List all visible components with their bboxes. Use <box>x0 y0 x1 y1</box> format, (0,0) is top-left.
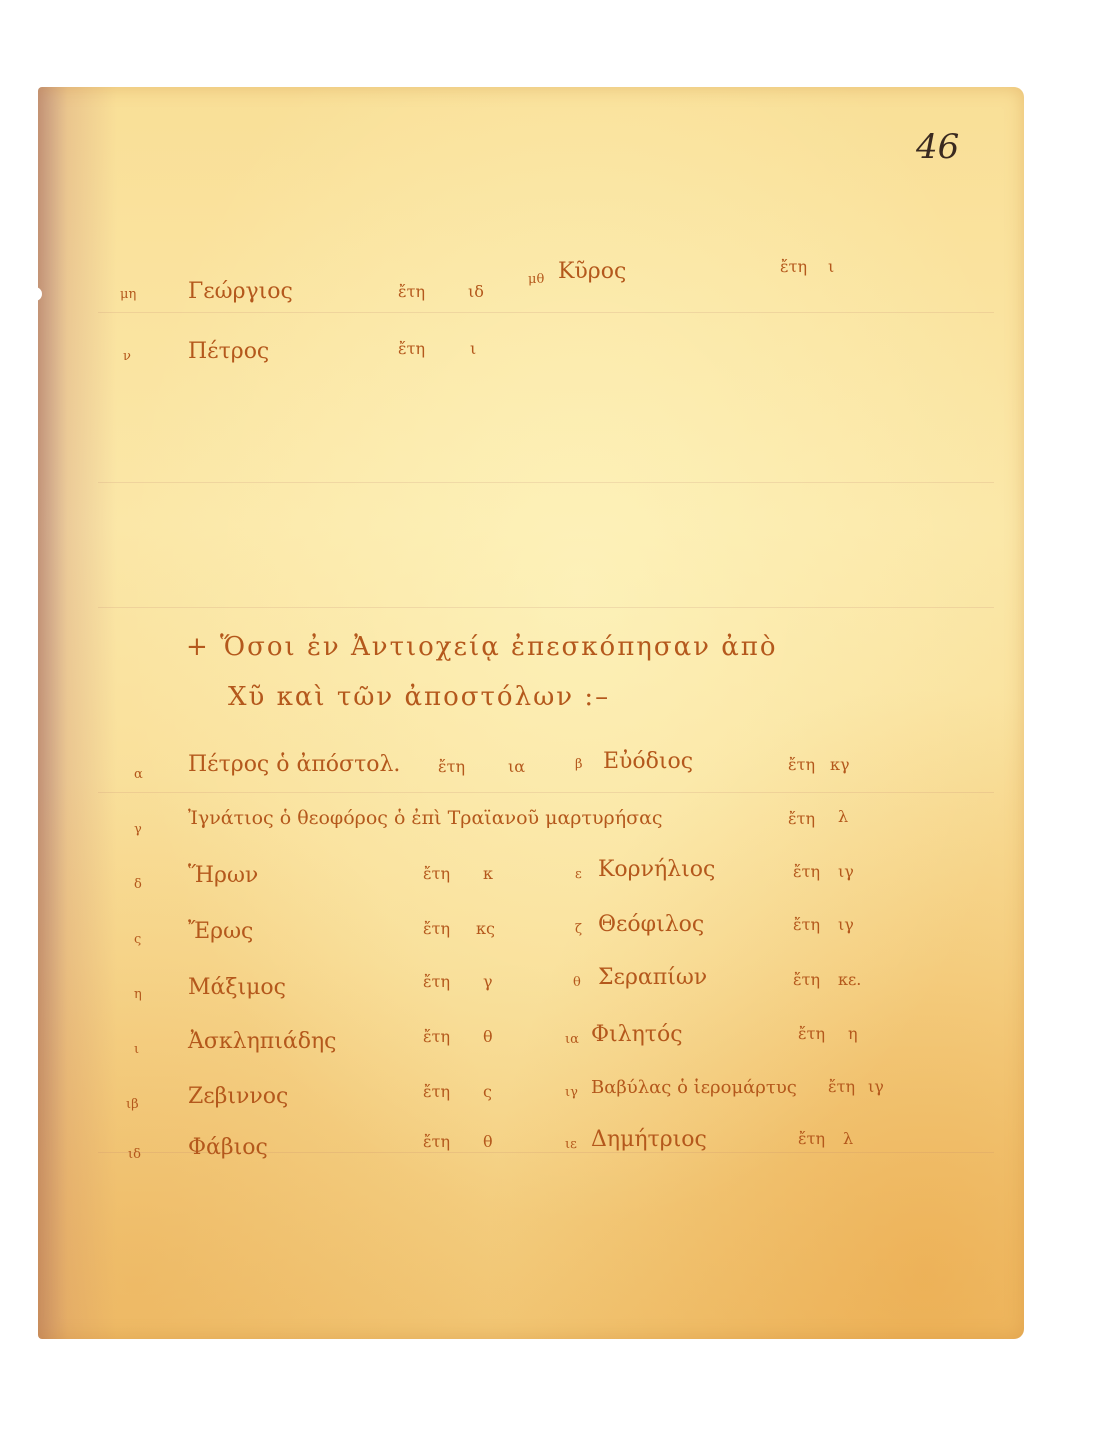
years-value-2: κε. <box>838 970 861 989</box>
years-value: ς <box>483 1082 492 1101</box>
years-value: ιδ <box>468 282 484 301</box>
bishop-name: Μάξιμος <box>188 975 286 1000</box>
years-value-2: ιγ <box>868 1077 884 1096</box>
heading-line-1: + Ὅσοι ἐν Ἀντιοχείᾳ ἐπεσκόπησαν ἀπὸ <box>186 632 778 662</box>
bishop-name: Πέτρος ὁ ἀπόστολ. <box>188 752 400 777</box>
middle-numeral: ζ <box>575 922 582 937</box>
bishop-name: Φάβιος <box>188 1135 268 1160</box>
margin-numeral: η <box>134 987 142 1002</box>
bishop-name-2: Κῦρος <box>558 259 626 284</box>
bishop-name-2: Φιλητός <box>591 1022 683 1047</box>
years-label-2: ἔτη <box>780 257 807 276</box>
middle-numeral: ε <box>575 867 582 882</box>
middle-numeral: ιε <box>565 1137 577 1152</box>
years-label-2: ἔτη <box>788 809 815 828</box>
years-value-2: ιγ <box>838 915 854 934</box>
years-label: ἔτη <box>398 339 425 358</box>
years-label-2: ἔτη <box>793 862 820 881</box>
bishop-name: Πέτρος <box>188 339 269 364</box>
years-label-2: ἔτη <box>798 1024 825 1043</box>
margin-numeral: ιδ <box>128 1147 141 1162</box>
middle-numeral: ια <box>565 1032 579 1047</box>
years-label-2: ἔτη <box>793 915 820 934</box>
years-value: θ <box>483 1027 493 1046</box>
bishop-name: Ἰγνάτιος ὁ θεοφόρος ὁ ἐπὶ Τραϊανοῦ μαρτυ… <box>188 807 663 829</box>
years-value-2: κγ <box>830 755 850 774</box>
years-label-2: ἔτη <box>788 755 815 774</box>
margin-numeral: γ <box>134 822 142 837</box>
bishop-name-2: Δημήτριος <box>591 1127 707 1152</box>
years-label: ἔτη <box>423 919 450 938</box>
years-label: ἔτη <box>423 1027 450 1046</box>
middle-numeral: θ <box>573 975 581 990</box>
bishop-name-2: Σεραπίων <box>598 965 707 990</box>
years-label: ἔτη <box>438 757 465 776</box>
bishop-name: Ἥρων <box>188 863 258 888</box>
middle-numeral: ιγ <box>565 1085 578 1100</box>
years-label: ἔτη <box>423 864 450 883</box>
years-label: ἔτη <box>423 972 450 991</box>
years-value: γ <box>483 972 493 991</box>
margin-numeral: μη <box>120 287 136 302</box>
years-value: θ <box>483 1132 493 1151</box>
years-value-2: ι <box>828 257 834 276</box>
years-label-2: ἔτη <box>828 1077 855 1096</box>
margin-numeral: δ <box>134 877 142 892</box>
bishop-name-2: Βαβύλας ὁ ἱερομάρτυς <box>591 1077 797 1098</box>
years-value-2: λ <box>838 807 848 826</box>
years-value: κς <box>476 919 495 938</box>
manuscript-folio: 46 μη Γεώργιος ἔτη ιδ μθ Κῦρος ἔτη ι ν Π… <box>38 87 1024 1339</box>
years-value-2: η <box>848 1024 858 1043</box>
years-label-2: ἔτη <box>793 970 820 989</box>
years-value: ια <box>508 757 525 776</box>
years-label: ἔτη <box>398 282 425 301</box>
years-label: ἔτη <box>423 1082 450 1101</box>
bishop-name: Ἀσκληπιάδης <box>188 1029 336 1054</box>
years-value: ι <box>470 339 476 358</box>
middle-numeral: β <box>575 757 583 772</box>
bishop-name-2: Εὐόδιος <box>603 749 693 774</box>
years-value-2: ιγ <box>838 862 854 881</box>
bishop-name-2: Κορνήλιος <box>598 857 715 882</box>
years-label: ἔτη <box>423 1132 450 1151</box>
years-label-2: ἔτη <box>798 1129 825 1148</box>
bishop-name-2: Θεόφιλος <box>598 912 704 937</box>
margin-numeral: ν <box>123 349 131 364</box>
folio-number: 46 <box>916 127 959 167</box>
years-value: κ <box>483 864 493 883</box>
years-value-2: λ <box>843 1129 853 1148</box>
heading-line-2: Χῦ καὶ τῶν ἀποστόλων :– <box>228 682 610 712</box>
bishop-name: Ζεβιννος <box>188 1084 288 1109</box>
margin-numeral: ι <box>134 1042 139 1057</box>
margin-numeral: ς <box>134 932 141 947</box>
margin-numeral: ιβ <box>126 1097 139 1112</box>
bishop-name: Ἔρως <box>188 919 253 944</box>
bishop-name: Γεώργιος <box>188 279 293 304</box>
middle-numeral: μθ <box>528 272 544 287</box>
margin-numeral: α <box>134 767 143 782</box>
